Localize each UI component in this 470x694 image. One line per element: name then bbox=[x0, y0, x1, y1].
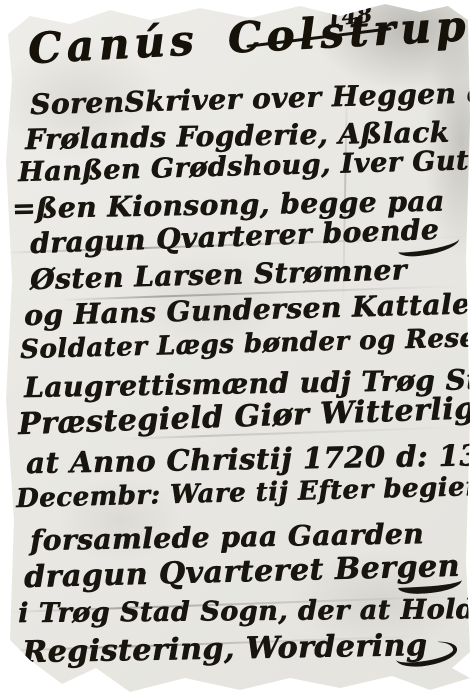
document-title: Canús Colstrup bbox=[27, 1, 470, 73]
manuscript-line: Registering, Wordering bbox=[22, 628, 428, 670]
ink-flourish bbox=[398, 573, 463, 595]
edge-speck bbox=[3, 560, 7, 567]
manuscript-line: SorenSkriver over Heggen og bbox=[30, 76, 470, 121]
scanned-manuscript-page: 148 Canús Colstrup SorenSkriver over Heg… bbox=[0, 0, 470, 694]
edge-speck bbox=[1, 430, 5, 437]
manuscript-line: i Trøg Stad Sogn, der at Holde bbox=[18, 594, 470, 629]
edge-speck bbox=[2, 180, 6, 187]
paper-sheet: 148 Canús Colstrup SorenSkriver over Heg… bbox=[0, 0, 470, 694]
